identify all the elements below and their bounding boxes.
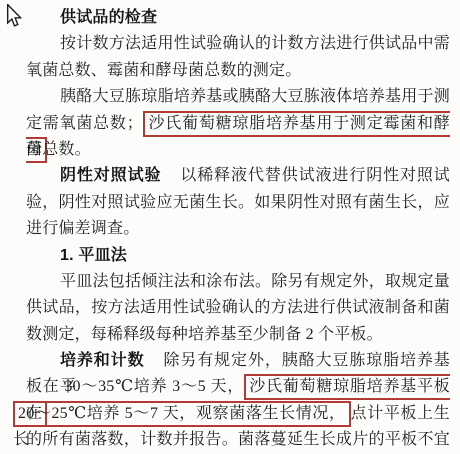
text-line: 板在 30～35℃培养 3～5 天，沙氏葡萄糖琼脂培养基平板在 xyxy=(26,374,450,400)
text-line: 的所有菌落数，计数并报告。菌落蔓延生长成片的平板不宜 xyxy=(26,427,450,453)
text-line: 胰酪大豆胨琼脂培养基或胰酪大豆胨液体培养基用于测 xyxy=(26,84,450,110)
document-body: 供试品的检查 按计数方法适用性试验确认的计数方法进行供试品中需 氧菌总数、霉菌和… xyxy=(26,5,450,454)
text-line: 阴性对照试验以稀释液代替供试液进行阴性对照试 xyxy=(26,163,450,189)
run-in-heading-incubation-count: 培养和计数 xyxy=(60,352,144,369)
body-text: 平皿法包括倾注法和涂布法。除另有规定外，取规定量 xyxy=(60,273,450,290)
document-page: { "page": { "background_color": "#fcfcfb… xyxy=(0,0,460,454)
body-text: 供试品，按方法适用性试验确认的方法进行供试液制备和菌 xyxy=(26,299,450,316)
highlight-box-segment: 20～25℃培养 5～7 天，观察菌落生长情况， xyxy=(13,401,351,427)
heading-text: 1. 平皿法 xyxy=(60,247,127,264)
text-line: 20～25℃培养 5～7 天，观察菌落生长情况，点计平板上生长 xyxy=(13,401,450,427)
body-text: 以稀释液代替供试液进行阴性对照试 xyxy=(180,167,450,184)
body-text: 菌总数。 xyxy=(26,141,91,158)
section-heading-inspection: 供试品的检查 xyxy=(26,5,450,31)
body-text: 按计数方法适用性试验确认的计数方法进行供试品中需 xyxy=(60,35,450,52)
body-text: 胰酪大豆胨琼脂培养基或胰酪大豆胨液体培养基用于测 xyxy=(60,88,450,105)
text-line: 验，阴性对照试验应无菌生长。如果阴性对照有菌生长，应 xyxy=(26,190,450,216)
text-line: 定需氧菌总数；沙氏葡萄糖琼脂培养基用于测定霉菌和酵母 xyxy=(26,111,450,137)
run-in-heading-negative-control: 阴性对照试验 xyxy=(60,167,161,184)
text-line: 氧菌总数、霉菌和酵母菌总数的测定。 xyxy=(26,58,450,84)
text-line: 菌总数。 xyxy=(26,137,450,163)
text-line: 按计数方法适用性试验确认的计数方法进行供试品中需 xyxy=(26,31,450,57)
body-text: 板在 30～35℃培养 3～5 天， xyxy=(26,378,244,395)
body-text: 的所有菌落数，计数并报告。菌落蔓延生长成片的平板不宜 xyxy=(26,431,450,448)
text-line: 培养和计数除另有规定外，胰酪大豆胨琼脂培养基平 xyxy=(26,348,450,374)
section-heading-plate-method: 1. 平皿法 xyxy=(26,243,450,269)
body-text: 进行偏差调查。 xyxy=(26,220,139,237)
text-line: 进行偏差调查。 xyxy=(26,216,450,242)
body-text: 验，阴性对照试验应无菌生长。如果阴性对照有菌生长，应 xyxy=(26,194,450,211)
body-text: 定需氧菌总数； xyxy=(26,115,143,132)
text-line: 平皿法包括倾注法和涂布法。除另有规定外，取规定量 xyxy=(26,269,450,295)
text-line: 数测定，每稀释级每种培养基至少制备 2 个平板。 xyxy=(26,322,450,348)
body-text: 数测定，每稀释级每种培养基至少制备 2 个平板。 xyxy=(26,326,383,343)
body-text: 氧菌总数、霉菌和酵母菌总数的测定。 xyxy=(26,62,301,79)
cursor-arrow-icon xyxy=(6,4,22,28)
text-line: 供试品，按方法适用性试验确认的方法进行供试液制备和菌 xyxy=(26,295,450,321)
heading-text: 供试品的检查 xyxy=(60,9,157,26)
